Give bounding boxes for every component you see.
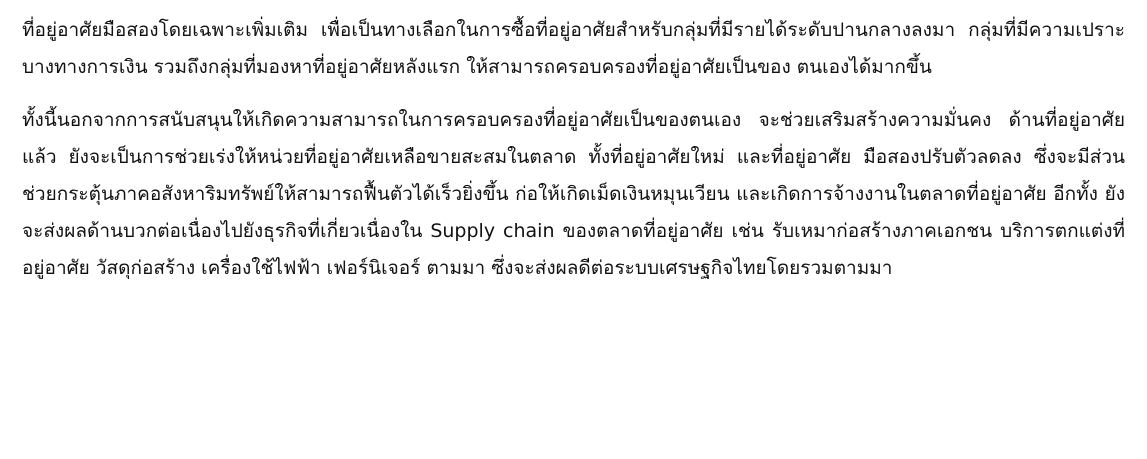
- text-line: ตามมา ซึ่งจะส่งผลดีต่อระบบเศรษฐกิจไทยโดย…: [426, 257, 892, 279]
- text-line: ที่อยู่อาศัยมือสองโดยเฉพาะเพิ่มเติม เพื่…: [22, 19, 955, 41]
- document-body: ที่อยู่อาศัยมือสองโดยเฉพาะเพิ่มเติม เพื่…: [22, 12, 1125, 287]
- text-line: ตนเองได้มากขึ้น: [797, 56, 932, 78]
- text-line: ทั้งนี้นอกจากการสนับสนุนให้เกิดความสามาร…: [22, 109, 991, 131]
- paragraph-2: ทั้งนี้นอกจากการสนับสนุนให้เกิดความสามาร…: [22, 102, 1125, 287]
- paragraph-1: ที่อยู่อาศัยมือสองโดยเฉพาะเพิ่มเติม เพื่…: [22, 12, 1125, 86]
